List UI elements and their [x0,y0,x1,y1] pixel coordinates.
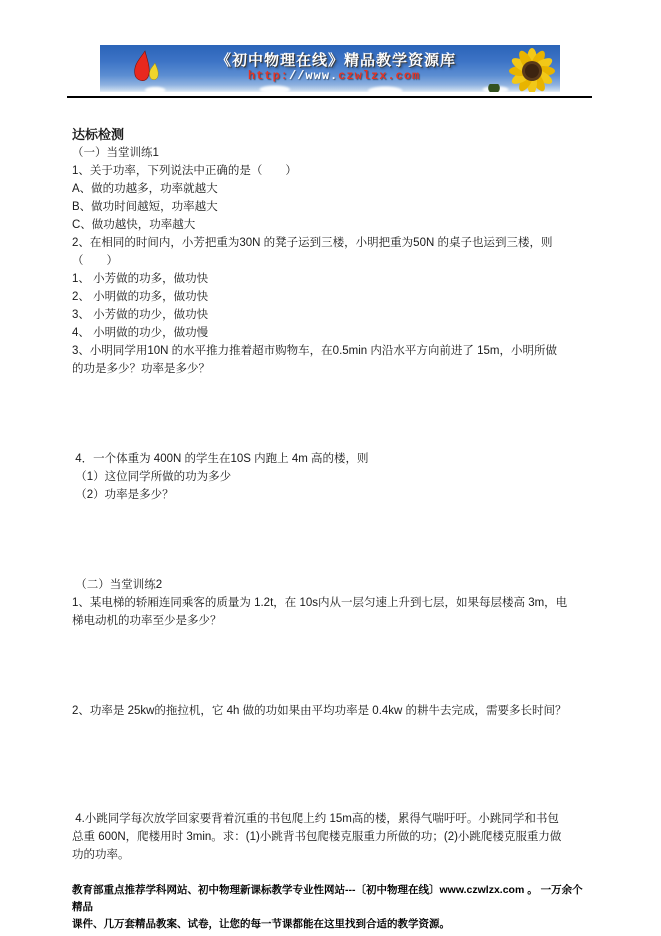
flame-logo-icon [126,49,166,92]
paragraph: B、做功时间越短，功率越大 [72,198,590,216]
paragraph: 2、 小明做的功多，做功快 [72,288,590,306]
paragraph: （1）这位同学所做的功为多少 [72,468,590,486]
blank-line [72,378,590,396]
banner-url-part2: //www. [289,69,338,83]
site-banner: 《初中物理在线》精品教学资源库 http://www.czwlzx.com [100,45,560,92]
paragraph: 4.小跳同学每次放学回家要背着沉重的书包爬上约 15m高的楼，累得气喘吁吁。小跳… [72,810,590,864]
blank-line [72,864,590,882]
banner-url-part1: http: [248,69,289,83]
paragraph: 2、在相同的时间内，小芳把重为30N 的凳子运到三楼，小明把重为50N 的桌子也… [72,234,590,270]
paragraph: A、做的功越多，功率就越大 [72,180,590,198]
paragraph: 1、关于功率，下列说法中正确的是（ ） [72,162,590,180]
blank-line [72,504,590,522]
blank-line [72,666,590,684]
paragraph: 4、 小明做的功少，做功慢 [72,324,590,342]
sunflower-icon [508,47,556,92]
blank-line [72,432,590,450]
banner-url[interactable]: http://www.czwlzx.com [248,69,420,83]
paragraph: （一）当堂训练1 [72,144,590,162]
blank-line [72,630,590,648]
paragraph: C、做功越快，功率越大 [72,216,590,234]
paragraph: 教育部重点推荐学科网站、初中物理新课标教学专业性网站---〔初中物理在线〕www… [72,882,590,933]
paragraph: 2、功率是 25kw的拖拉机，它 4h 做的功如果由平均功率是 0.4kw 的耕… [72,702,590,720]
paragraph: 3、 小芳做的功少，做功快 [72,306,590,324]
paragraph: 达标检测 [72,126,590,144]
paragraph: 1、 小芳做的功多，做功快 [72,270,590,288]
worksheet-page: 《初中物理在线》精品教学资源库 http://www.czwlzx.com [0,0,661,936]
blank-line [72,648,590,666]
blank-line [72,756,590,774]
blank-line [72,738,590,756]
header-divider [67,96,592,98]
blank-line [72,396,590,414]
paragraph: 3、小明同学用10N 的水平推力推着超市购物车，在0.5min 内沿水平方向前进… [72,342,590,378]
paragraph: 1、某电梯的轿厢连同乘客的质量为 1.2t，在 10s内从一层匀速上升到七层，如… [72,594,590,630]
banner-title: 《初中物理在线》精品教学资源库 [216,49,546,70]
blank-line [72,774,590,792]
leaf-decoration [486,84,502,92]
blank-line [72,540,590,558]
blank-line [72,792,590,810]
blank-line [72,522,590,540]
banner-url-part3: czwlzx.com [338,69,420,83]
worksheet-body: 达标检测（一）当堂训练11、关于功率，下列说法中正确的是（ ）A、做的功越多，功… [72,126,590,933]
paragraph: 4．一个体重为 400N 的学生在10S 内跑上 4m 高的楼，则 [72,450,590,468]
blank-line [72,720,590,738]
blank-line [72,558,590,576]
paragraph: （二）当堂训练2 [72,576,590,594]
paragraph: （2）功率是多少？ [72,486,590,504]
blank-line [72,414,590,432]
blank-line [72,684,590,702]
